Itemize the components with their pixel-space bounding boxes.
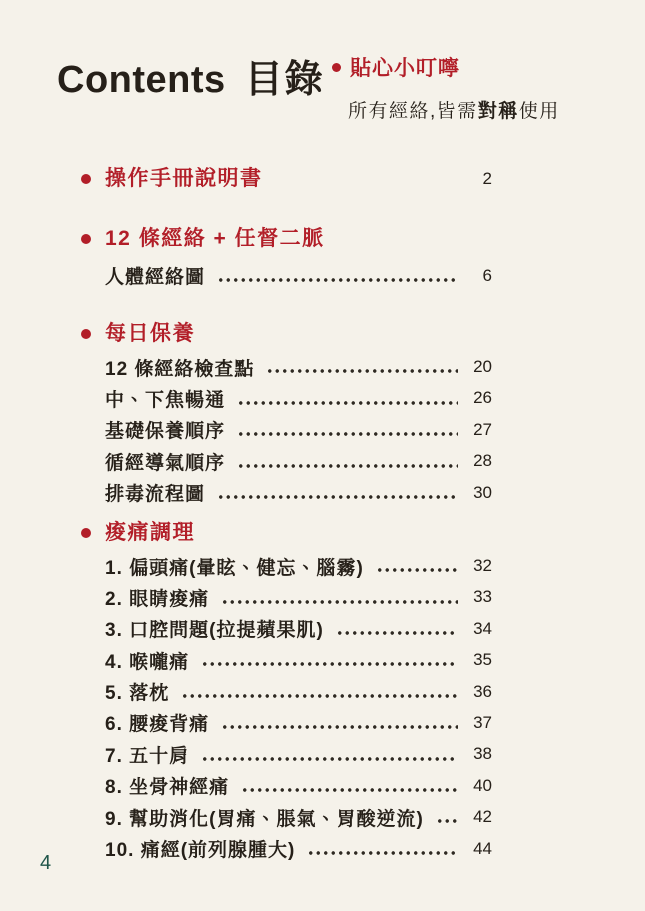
- toc-section-label: 操作手冊說明書: [105, 166, 263, 192]
- tip-note-suffix: 使用: [519, 101, 560, 122]
- dot-leader: [199, 739, 458, 770]
- toc-section-heading: 操作手冊說明書 2: [57, 166, 492, 192]
- tip-heading: 貼心小叮嚀: [332, 52, 632, 82]
- toc-item-label: 排毒流程圖: [105, 479, 205, 506]
- toc-section-heading: 痠痛調理: [57, 520, 492, 546]
- page-ref: 35: [466, 650, 492, 670]
- page-title-en: Contents: [57, 59, 226, 101]
- dot-leader: [219, 582, 458, 613]
- dot-leader: [215, 477, 458, 508]
- page-ref: 37: [466, 713, 492, 733]
- toc-item: 5. 落枕 36: [105, 676, 492, 707]
- page-ref: 28: [466, 451, 492, 471]
- toc-item-label: 5. 落枕: [105, 678, 169, 705]
- toc-item: 6. 腰痠背痛 37: [105, 707, 492, 738]
- toc-item-label: 10. 痛經(前列腺腫大): [105, 835, 295, 862]
- toc-item-label: 3. 口腔問題(拉提蘋果肌): [105, 615, 324, 642]
- page-ref: 36: [466, 682, 492, 702]
- dot-leader: [219, 707, 458, 738]
- tip-heading-label: 貼心小叮嚀: [350, 52, 460, 82]
- tip-note-emphasis: 對稱: [478, 101, 519, 122]
- page-ref: 2: [466, 166, 492, 192]
- toc-section: 12 條經絡 + 任督二脈 人體經絡圖 6: [57, 226, 492, 291]
- toc-section-items: 12 條經絡檢查點 20 中、下焦暢通 26 基礎保養順序 27 循經導氣順序 …: [105, 351, 492, 508]
- page-header: Contents 目錄 貼心小叮嚀 所有經絡,皆需對稱使用: [57, 0, 492, 130]
- dot-leader: [305, 833, 458, 864]
- dot-leader: [199, 645, 458, 676]
- bullet-icon: [332, 63, 341, 72]
- dot-leader: [235, 414, 458, 445]
- dot-leader: [264, 351, 458, 382]
- page-ref: 40: [466, 776, 492, 796]
- toc-item: 2. 眼睛痠痛 33: [105, 582, 492, 613]
- toc-section-label: 痠痛調理: [105, 520, 195, 546]
- toc-section: 操作手冊說明書 2: [57, 166, 492, 192]
- page-ref: 38: [466, 744, 492, 764]
- toc-section-label: 每日保養: [105, 321, 195, 347]
- toc-item-label: 12 條經絡檢查點: [105, 354, 254, 381]
- page-ref: 42: [466, 807, 492, 827]
- dot-leader: [374, 550, 458, 581]
- page-ref: 26: [466, 388, 492, 408]
- tip-note-prefix: 所有經絡,皆需: [348, 101, 478, 122]
- tip-note-block: 貼心小叮嚀 所有經絡,皆需對稱使用: [332, 52, 632, 123]
- toc-item-label: 9. 幫助消化(胃痛、脹氣、胃酸逆流): [105, 804, 424, 831]
- page-ref: 27: [466, 420, 492, 440]
- bullet-icon: [81, 528, 91, 538]
- toc-item-label: 2. 眼睛痠痛: [105, 584, 209, 611]
- toc-item: 3. 口腔問題(拉提蘋果肌) 34: [105, 613, 492, 644]
- toc-item: 基礎保養順序 27: [105, 414, 492, 445]
- page-ref: 20: [466, 357, 492, 377]
- toc-item: 排毒流程圖 30: [105, 477, 492, 508]
- toc-item: 9. 幫助消化(胃痛、脹氣、胃酸逆流) 42: [105, 801, 492, 832]
- page-title-zh: 目錄: [245, 59, 325, 101]
- page-ref: 33: [466, 587, 492, 607]
- toc-section-label: 12 條經絡 + 任督二脈: [105, 226, 325, 252]
- toc-item: 7. 五十肩 38: [105, 739, 492, 770]
- dot-leader: [235, 446, 458, 477]
- dot-leader: [434, 801, 458, 832]
- toc-item-label: 8. 坐骨神經痛: [105, 772, 229, 799]
- toc-item-label: 4. 喉嚨痛: [105, 647, 189, 674]
- toc-item: 中、下焦暢通 26: [105, 383, 492, 414]
- toc-section: 痠痛調理 1. 偏頭痛(暈眩、健忘、腦霧) 32 2. 眼睛痠痛 33 3. 口…: [57, 520, 492, 864]
- page-ref: 44: [466, 839, 492, 859]
- toc-item-label: 6. 腰痠背痛: [105, 709, 209, 736]
- page-title: Contents 目錄: [57, 48, 325, 103]
- toc-section-items: 1. 偏頭痛(暈眩、健忘、腦霧) 32 2. 眼睛痠痛 33 3. 口腔問題(拉…: [105, 550, 492, 864]
- toc-page: Contents 目錄 貼心小叮嚀 所有經絡,皆需對稱使用 操作手冊說明書 2 …: [0, 0, 645, 911]
- toc-item-label: 7. 五十肩: [105, 741, 189, 768]
- toc-list: 操作手冊說明書 2 12 條經絡 + 任督二脈 人體經絡圖 6 每日保養 12 …: [57, 166, 492, 864]
- toc-item: 10. 痛經(前列腺腫大) 44: [105, 833, 492, 864]
- toc-item: 人體經絡圖 6: [105, 260, 492, 291]
- toc-item: 4. 喉嚨痛 35: [105, 645, 492, 676]
- page-ref: 34: [466, 619, 492, 639]
- toc-section-items: 人體經絡圖 6: [105, 260, 492, 291]
- toc-item-label: 基礎保養順序: [105, 416, 225, 443]
- toc-item-label: 循經導氣順序: [105, 448, 225, 475]
- dot-leader: [235, 383, 458, 414]
- toc-section-heading: 12 條經絡 + 任督二脈: [57, 226, 492, 252]
- dot-leader: [179, 676, 458, 707]
- toc-item: 循經導氣順序 28: [105, 446, 492, 477]
- toc-item-label: 中、下焦暢通: [105, 385, 225, 412]
- page-ref: 32: [466, 556, 492, 576]
- bullet-icon: [81, 234, 91, 244]
- bullet-icon: [81, 329, 91, 339]
- toc-section-heading: 每日保養: [57, 321, 492, 347]
- bullet-icon: [81, 174, 91, 184]
- dot-leader: [334, 613, 458, 644]
- toc-section: 每日保養 12 條經絡檢查點 20 中、下焦暢通 26 基礎保養順序 27 循經…: [57, 321, 492, 508]
- page-ref: 6: [466, 266, 492, 286]
- tip-note-text: 所有經絡,皆需對稱使用: [348, 96, 632, 123]
- page-number: 4: [40, 852, 51, 875]
- page-ref: 30: [466, 483, 492, 503]
- dot-leader: [215, 260, 458, 291]
- toc-item-label: 人體經絡圖: [105, 262, 205, 289]
- toc-item: 1. 偏頭痛(暈眩、健忘、腦霧) 32: [105, 550, 492, 581]
- dot-leader: [239, 770, 458, 801]
- toc-item: 12 條經絡檢查點 20: [105, 351, 492, 382]
- toc-item-label: 1. 偏頭痛(暈眩、健忘、腦霧): [105, 553, 364, 580]
- toc-item: 8. 坐骨神經痛 40: [105, 770, 492, 801]
